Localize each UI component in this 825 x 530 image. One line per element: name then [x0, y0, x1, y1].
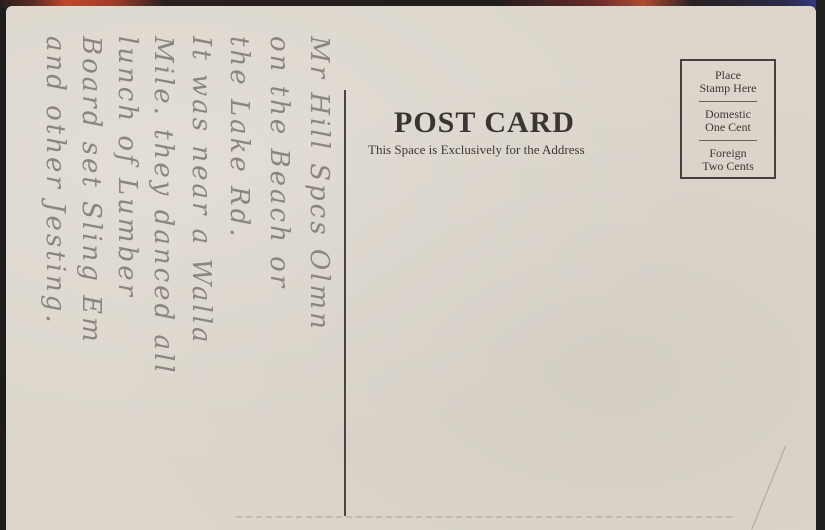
handwritten-line: the Lake Rd. — [224, 36, 254, 240]
domestic-rate: One Cent — [682, 121, 774, 134]
message-address-divider — [344, 90, 346, 516]
stamp-box: Place Stamp Here Domestic One Cent Forei… — [680, 59, 776, 179]
handwritten-line: It was near a Walla — [186, 36, 216, 346]
handwritten-line: on the Beach or — [264, 36, 294, 290]
post-card-title: POST CARD — [394, 106, 575, 140]
stamp-domestic-section: Domestic One Cent — [682, 102, 774, 134]
stamp-place-section: Place Stamp Here — [682, 61, 774, 95]
stamp-foreign-section: Foreign Two Cents — [682, 141, 774, 173]
address-space-caption: This Space is Exclusively for the Addres… — [368, 142, 585, 158]
stamp-here-label: Stamp Here — [682, 82, 774, 95]
handwritten-line: Mr Hill Spcs Olmn — [304, 36, 334, 332]
handwritten-line: Mile. they danced all — [148, 36, 178, 376]
background-edge — [816, 0, 825, 530]
paper-crease — [751, 446, 786, 530]
handwritten-line: and other Jesting. — [40, 36, 70, 326]
handwritten-line: Board set Sling Em — [76, 36, 106, 345]
handwritten-line: lunch of Lumber — [112, 36, 142, 299]
foreign-rate: Two Cents — [682, 160, 774, 173]
postcard-back: Mr Hill Spcs Olmn on the Beach or the La… — [6, 6, 816, 530]
handwritten-message: Mr Hill Spcs Olmn on the Beach or the La… — [20, 36, 340, 506]
faint-bottom-print — [236, 516, 736, 518]
